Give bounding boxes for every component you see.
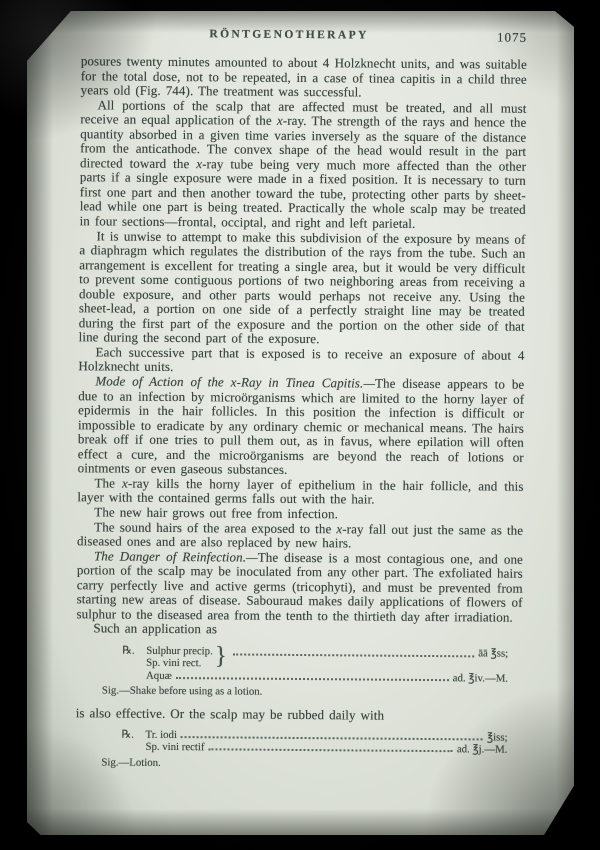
interlude-wrap: is also effective. Or the scalp may be r…: [76, 706, 522, 724]
rx-ingredient-pair: Sulphur precip. Sp. vini rect.: [146, 645, 213, 670]
paragraph: posures twenty minutes amounted to about…: [81, 54, 527, 101]
paragraph: It is unwise to attempt to make this sub…: [79, 229, 526, 349]
rx-symbol: ℞.: [122, 729, 146, 742]
rx-signature: Sig.—Lotion.: [101, 756, 507, 772]
photo-background: RÖNTGENOTHERAPY 1075 posures twenty minu…: [0, 0, 600, 850]
paragraph: Mode of Action of the x-Ray in Tinea Cap…: [78, 374, 525, 479]
paragraph: All portions of the scalp that are affec…: [80, 98, 527, 232]
dot-leader: [181, 729, 483, 740]
rx-amount: āā ℥ss;: [478, 647, 508, 660]
prescription-row: Sp. vini rectif ad. ℥j.—M.: [121, 741, 507, 756]
page-title: RÖNTGENOTHERAPY: [81, 27, 497, 42]
prescription-row: Aquæ ad. ℥iv.—M.: [122, 669, 508, 684]
rx-symbol: ℞.: [122, 644, 146, 657]
rx-amount: ℥iss;: [487, 732, 508, 745]
rx-ingredient: Sp. vini rectif: [145, 741, 204, 754]
rx-ingredient: Tr. iodi: [146, 729, 178, 742]
page-content: RÖNTGENOTHERAPY 1075 posures twenty minu…: [75, 24, 527, 828]
prescription-1: ℞. Sulphur precip. Sp. vini rect. } āā ℥…: [122, 644, 508, 700]
rx-ingredient: Sp. vini rect.: [146, 657, 213, 670]
interlude-paragraph: is also effective. Or the scalp may be r…: [76, 706, 522, 724]
dot-leader: [176, 670, 449, 681]
brace-glyph: }: [215, 644, 227, 668]
rx-amount: ad. ℥iv.—M.: [453, 672, 508, 685]
rx-ingredient: Aquæ: [146, 669, 172, 682]
dot-leader: [209, 742, 453, 753]
rx-ingredient: Sulphur precip.: [146, 645, 213, 658]
running-head: RÖNTGENOTHERAPY 1075: [81, 24, 527, 52]
paragraph: The Danger of Reinfection.—The disease i…: [76, 549, 523, 625]
prescription-row: ℞. Sulphur precip. Sp. vini rect. } āā ℥…: [122, 644, 508, 672]
page-body: posures twenty minutes amounted to about…: [76, 54, 527, 639]
rx-signature: Sig.—Shake before using as a lotion.: [102, 685, 508, 701]
page-number: 1075: [497, 30, 527, 46]
dot-leader: [233, 645, 475, 657]
prescription-2: ℞. Tr. iodi ℥iss; Sp. vini rectif ad. ℥j…: [121, 729, 507, 772]
paragraph-lead: Mode of Action of the x-Ray in Tinea Cap…: [95, 373, 375, 390]
scanned-book-page: RÖNTGENOTHERAPY 1075 posures twenty minu…: [27, 11, 574, 835]
rx-amount: ad. ℥j.—M.: [457, 744, 508, 757]
paragraph-lead: The Danger of Reinfection.—: [94, 548, 258, 564]
